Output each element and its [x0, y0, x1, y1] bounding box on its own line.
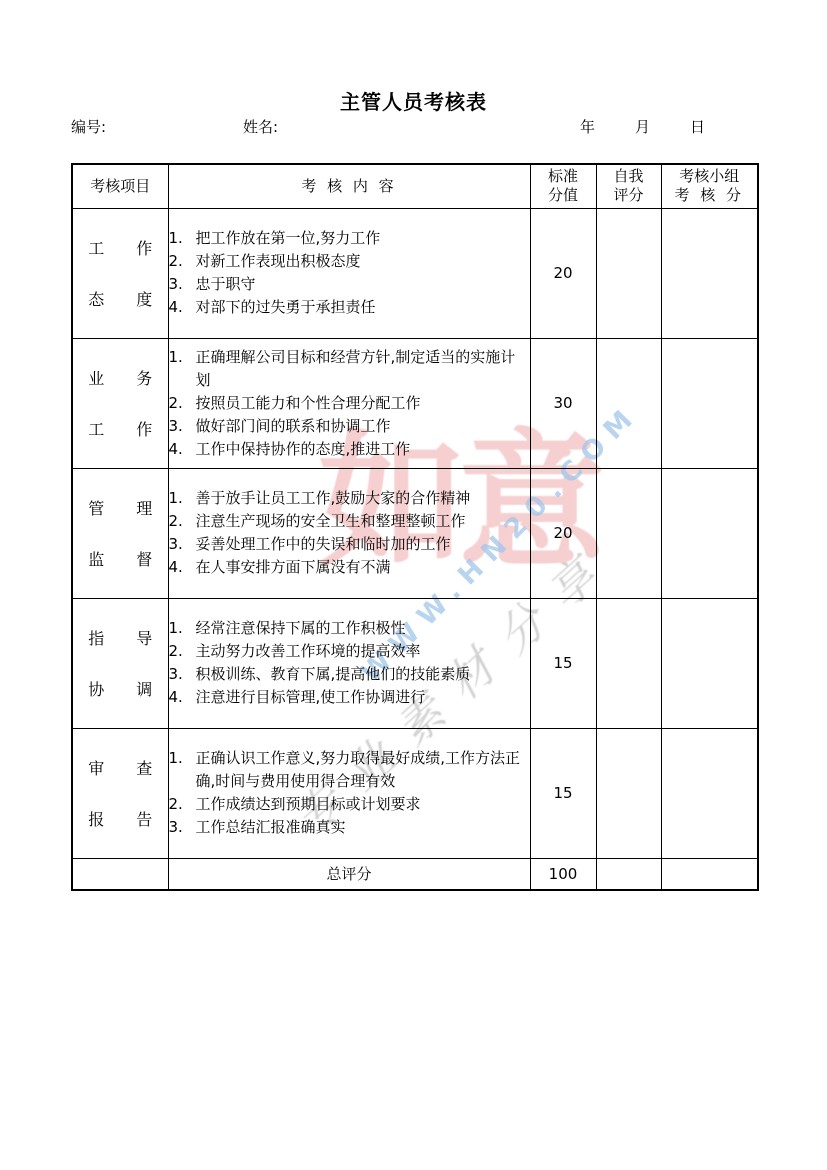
item-number — [169, 346, 196, 392]
self-score-cell — [596, 728, 661, 858]
content-cell: 正确理解公司目标和经营方针,制定适当的实施计划 按照员工能力和个性合理分配工作 … — [168, 338, 530, 468]
list-item: 做好部门间的联系和协调工作 — [169, 415, 530, 438]
table-row-management-supervision: 管 理 监 督 善于放手让员工工作,鼓励大家的合作精神 注意生产现场的安全卫生和… — [72, 468, 758, 598]
self-score-cell — [596, 338, 661, 468]
number-label: 编号: — [71, 116, 106, 137]
item-number — [169, 392, 196, 415]
item-number — [169, 296, 196, 319]
item-number — [169, 663, 196, 686]
item-text: 注意生产现场的安全卫生和整理整顿工作 — [196, 510, 530, 533]
table-row-business-work: 业 务 工 作 正确理解公司目标和经营方针,制定适当的实施计划 按照员工能力和个… — [72, 338, 758, 468]
self-score-cell — [596, 468, 661, 598]
item-number — [169, 617, 196, 640]
list-item: 正确理解公司目标和经营方针,制定适当的实施计划 — [169, 346, 530, 392]
item-text: 经常注意保持下属的工作积极性 — [196, 617, 530, 640]
header-self-line1: 自我 — [597, 167, 661, 186]
item-number — [169, 273, 196, 296]
item-text: 工作总结汇报准确真实 — [196, 816, 530, 839]
standard-score-cell: 20 — [530, 208, 596, 338]
assessment-table: 考核项目 考 核 内 容 标准 分值 自我 评分 考核小组 考 核 分 — [71, 163, 759, 891]
header-standard-line1: 标准 — [531, 167, 596, 186]
item-text: 注意进行目标管理,使工作协调进行 — [196, 686, 530, 709]
item-number — [169, 250, 196, 273]
list-item: 工作总结汇报准确真实 — [169, 816, 530, 839]
table-row-guidance-coordination: 指 导 协 调 经常注意保持下属的工作积极性 主动努力改善工作环境的提高效率 积… — [72, 598, 758, 728]
year-label: 年 — [580, 116, 595, 137]
standard-score-cell: 20 — [530, 468, 596, 598]
list-item: 把工作放在第一位,努力工作 — [169, 227, 530, 250]
content-cell: 善于放手让员工工作,鼓励大家的合作精神 注意生产现场的安全卫生和整理整顿工作 妥… — [168, 468, 530, 598]
footer-self-score-cell — [596, 858, 661, 890]
category-cell: 管 理 监 督 — [72, 468, 168, 598]
item-number — [169, 415, 196, 438]
list-item: 注意进行目标管理,使工作协调进行 — [169, 686, 530, 709]
category-line1: 审 查 — [88, 756, 152, 779]
standard-score-cell: 15 — [530, 598, 596, 728]
group-score-cell — [661, 208, 758, 338]
item-number — [169, 487, 196, 510]
list-item: 按照员工能力和个性合理分配工作 — [169, 392, 530, 415]
footer-group-score-cell — [661, 858, 758, 890]
list-item: 正确认识工作意义,努力取得最好成绩,工作方法正确,时间与费用使用得合理有效 — [169, 747, 530, 793]
list-item: 工作中保持协作的态度,推进工作 — [169, 438, 530, 461]
category-cell: 指 导 协 调 — [72, 598, 168, 728]
item-text: 正确理解公司目标和经营方针,制定适当的实施计划 — [196, 346, 530, 392]
category-line1: 业 务 — [88, 366, 152, 389]
list-item: 对新工作表现出积极态度 — [169, 250, 530, 273]
header-standard-score: 标准 分值 — [530, 164, 596, 208]
self-score-cell — [596, 598, 661, 728]
footer-empty-category — [72, 858, 168, 890]
item-number — [169, 640, 196, 663]
list-item: 经常注意保持下属的工作积极性 — [169, 617, 530, 640]
group-score-cell — [661, 598, 758, 728]
list-item: 对部下的过失勇于承担责任 — [169, 296, 530, 319]
content-cell: 把工作放在第一位,努力工作 对新工作表现出积极态度 忠于职守 对部下的过失勇于承… — [168, 208, 530, 338]
item-text: 忠于职守 — [196, 273, 530, 296]
assessment-form: 考核项目 考 核 内 容 标准 分值 自我 评分 考核小组 考 核 分 — [71, 163, 759, 891]
item-number — [169, 747, 196, 793]
item-number — [169, 533, 196, 556]
category-line2: 态 度 — [88, 287, 152, 310]
header-group-score: 考核小组 考 核 分 — [661, 164, 758, 208]
standard-score-cell: 30 — [530, 338, 596, 468]
item-text: 对部下的过失勇于承担责任 — [196, 296, 530, 319]
item-text: 对新工作表现出积极态度 — [196, 250, 530, 273]
category-cell: 审 查 报 告 — [72, 728, 168, 858]
item-text: 主动努力改善工作环境的提高效率 — [196, 640, 530, 663]
item-text: 妥善处理工作中的失误和临时加的工作 — [196, 533, 530, 556]
header-group-line2: 考 核 分 — [662, 186, 758, 205]
meta-line: 编号: 姓名: 年 月 日 — [0, 116, 827, 136]
item-text: 做好部门间的联系和协调工作 — [196, 415, 530, 438]
item-number — [169, 227, 196, 250]
table-header-row: 考核项目 考 核 内 容 标准 分值 自我 评分 考核小组 考 核 分 — [72, 164, 758, 208]
category-line2: 协 调 — [88, 677, 152, 700]
item-number — [169, 793, 196, 816]
item-text: 按照员工能力和个性合理分配工作 — [196, 392, 530, 415]
item-number — [169, 686, 196, 709]
category-line1: 工 作 — [88, 236, 152, 259]
item-text: 积极训练、教育下属,提高他们的技能素质 — [196, 663, 530, 686]
day-label: 日 — [690, 116, 705, 137]
self-score-cell — [596, 208, 661, 338]
item-number — [169, 510, 196, 533]
header-category: 考核项目 — [72, 164, 168, 208]
category-line1: 指 导 — [88, 626, 152, 649]
list-item: 忠于职守 — [169, 273, 530, 296]
content-cell: 经常注意保持下属的工作积极性 主动努力改善工作环境的提高效率 积极训练、教育下属… — [168, 598, 530, 728]
document-page: 如意 WWW.HN20.COM 专业素材分享 主管人员考核表 编号: 姓名: 年… — [0, 0, 827, 1170]
item-number — [169, 816, 196, 839]
item-text: 在人事安排方面下属没有不满 — [196, 556, 530, 579]
name-label: 姓名: — [243, 116, 278, 137]
category-line2: 工 作 — [88, 417, 152, 440]
date-labels: 年 月 日 — [580, 116, 705, 137]
category-cell: 业 务 工 作 — [72, 338, 168, 468]
list-item: 工作成绩达到预期目标或计划要求 — [169, 793, 530, 816]
item-text: 正确认识工作意义,努力取得最好成绩,工作方法正确,时间与费用使用得合理有效 — [196, 747, 530, 793]
content-cell: 正确认识工作意义,努力取得最好成绩,工作方法正确,时间与费用使用得合理有效 工作… — [168, 728, 530, 858]
header-standard-line2: 分值 — [531, 186, 596, 205]
header-content: 考 核 内 容 — [301, 177, 396, 195]
list-item: 妥善处理工作中的失误和临时加的工作 — [169, 533, 530, 556]
total-score-value: 100 — [530, 858, 596, 890]
list-item: 善于放手让员工工作,鼓励大家的合作精神 — [169, 487, 530, 510]
list-item: 积极训练、教育下属,提高他们的技能素质 — [169, 663, 530, 686]
group-score-cell — [661, 728, 758, 858]
item-text: 把工作放在第一位,努力工作 — [196, 227, 530, 250]
table-row-work-attitude: 工 作 态 度 把工作放在第一位,努力工作 对新工作表现出积极态度 忠于职守 对… — [72, 208, 758, 338]
header-self-score: 自我 评分 — [596, 164, 661, 208]
month-label: 月 — [635, 116, 650, 137]
header-self-line2: 评分 — [597, 186, 661, 205]
table-row-review-report: 审 查 报 告 正确认识工作意义,努力取得最好成绩,工作方法正确,时间与费用使用… — [72, 728, 758, 858]
table-footer-row: 总评分 100 — [72, 858, 758, 890]
category-line2: 监 督 — [88, 547, 152, 570]
total-score-label: 总评分 — [168, 858, 530, 890]
item-text: 善于放手让员工工作,鼓励大家的合作精神 — [196, 487, 530, 510]
item-text: 工作成绩达到预期目标或计划要求 — [196, 793, 530, 816]
category-line2: 报 告 — [88, 807, 152, 830]
group-score-cell — [661, 468, 758, 598]
standard-score-cell: 15 — [530, 728, 596, 858]
header-group-line1: 考核小组 — [662, 167, 758, 186]
group-score-cell — [661, 338, 758, 468]
list-item: 注意生产现场的安全卫生和整理整顿工作 — [169, 510, 530, 533]
list-item: 在人事安排方面下属没有不满 — [169, 556, 530, 579]
item-number — [169, 438, 196, 461]
item-number — [169, 556, 196, 579]
category-line1: 管 理 — [88, 496, 152, 519]
list-item: 主动努力改善工作环境的提高效率 — [169, 640, 530, 663]
item-text: 工作中保持协作的态度,推进工作 — [196, 438, 530, 461]
category-cell: 工 作 态 度 — [72, 208, 168, 338]
page-title: 主管人员考核表 — [0, 86, 827, 115]
